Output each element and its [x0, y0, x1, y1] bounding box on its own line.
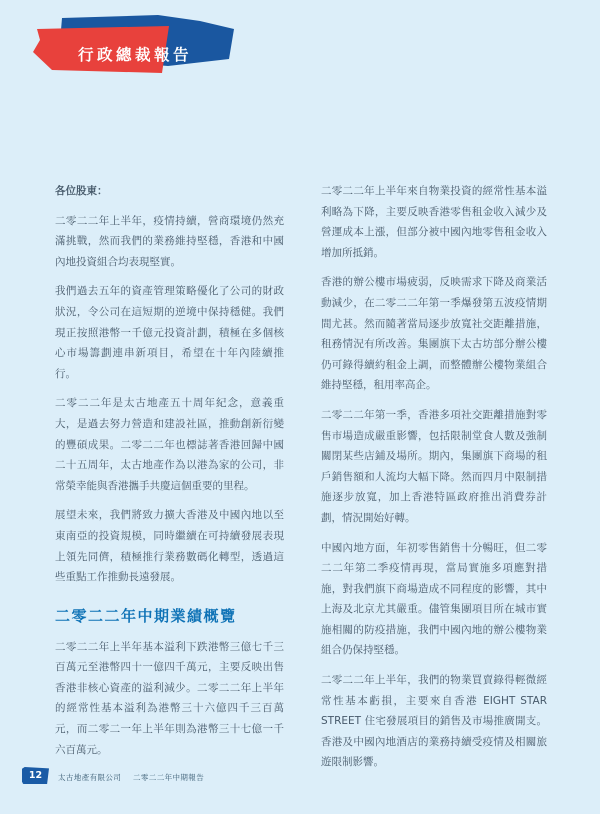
paragraph: 中國內地方面，年初零售銷售十分暢旺，但二零二二年第二季疫情再現，當局實施多項應對… [321, 538, 547, 662]
paragraph: 二零二二年上半年來自物業投資的經常性基本溢利略為下降，主要反映香港零售租金收入減… [321, 181, 547, 263]
paragraph: 二零二二年第一季，香港多項社交距離措施對零售市場造成嚴重影響，包括限制堂食人數及… [321, 405, 547, 529]
report-page: 行政總裁報告 各位股東： 二零二二年上半年，疫情持續，營商環境仍然充滿挑戰，然而… [0, 0, 600, 814]
paragraph: 二零二二年是太古地產五十周年紀念，意義重大，是過去努力營造和建設社區，推動創新衍… [55, 393, 284, 496]
paragraph: 展望未來，我們將致力擴大香港及中國內地以至東南亞的投資規模，同時繼續在可持續發展… [55, 505, 284, 587]
banner-title: 行政總裁報告 [78, 45, 192, 64]
footer-report-title: 二零二二年中期報告 [133, 773, 204, 782]
left-column: 各位股東： 二零二二年上半年，疫情持續，營商環境仍然充滿挑戰，然而我們的業務維持… [55, 181, 284, 769]
paragraph: 二零二二年上半年，疫情持續，營商環境仍然充滿挑戰，然而我們的業務維持堅穩，香港和… [55, 211, 284, 273]
chapter-banner: 行政總裁報告 [28, 14, 243, 80]
footer-company-name: 太古地產有限公司 [58, 773, 121, 782]
paragraph: 二零二二年上半年基本溢利下跌港幣三億七千三百萬元至港幣四十一億四千萬元，主要反映… [55, 637, 284, 761]
section-heading: 二零二二年中期業績概覽 [55, 605, 284, 626]
paragraph: 二零二二年上半年，我們的物業買賣錄得輕微經常性基本虧損，主要來自香港 EIGHT… [321, 670, 547, 773]
page-number-badge: 12 [22, 767, 49, 784]
paragraph: 香港的辦公樓市場疲弱，反映需求下降及商業活動減少，在二零二二年第一季爆發第五波疫… [321, 272, 547, 396]
right-column: 二零二二年上半年來自物業投資的經常性基本溢利略為下降，主要反映香港零售租金收入減… [321, 181, 547, 782]
footer-text: 太古地產有限公司 二零二二年中期報告 [58, 772, 204, 783]
salutation: 各位股東： [55, 181, 284, 202]
page-footer: 12 太古地產有限公司 二零二二年中期報告 [0, 763, 600, 791]
paragraph: 我們過去五年的資產管理策略優化了公司的財政狀況，令公司在這短期的逆境中保持穩健。… [55, 281, 284, 384]
